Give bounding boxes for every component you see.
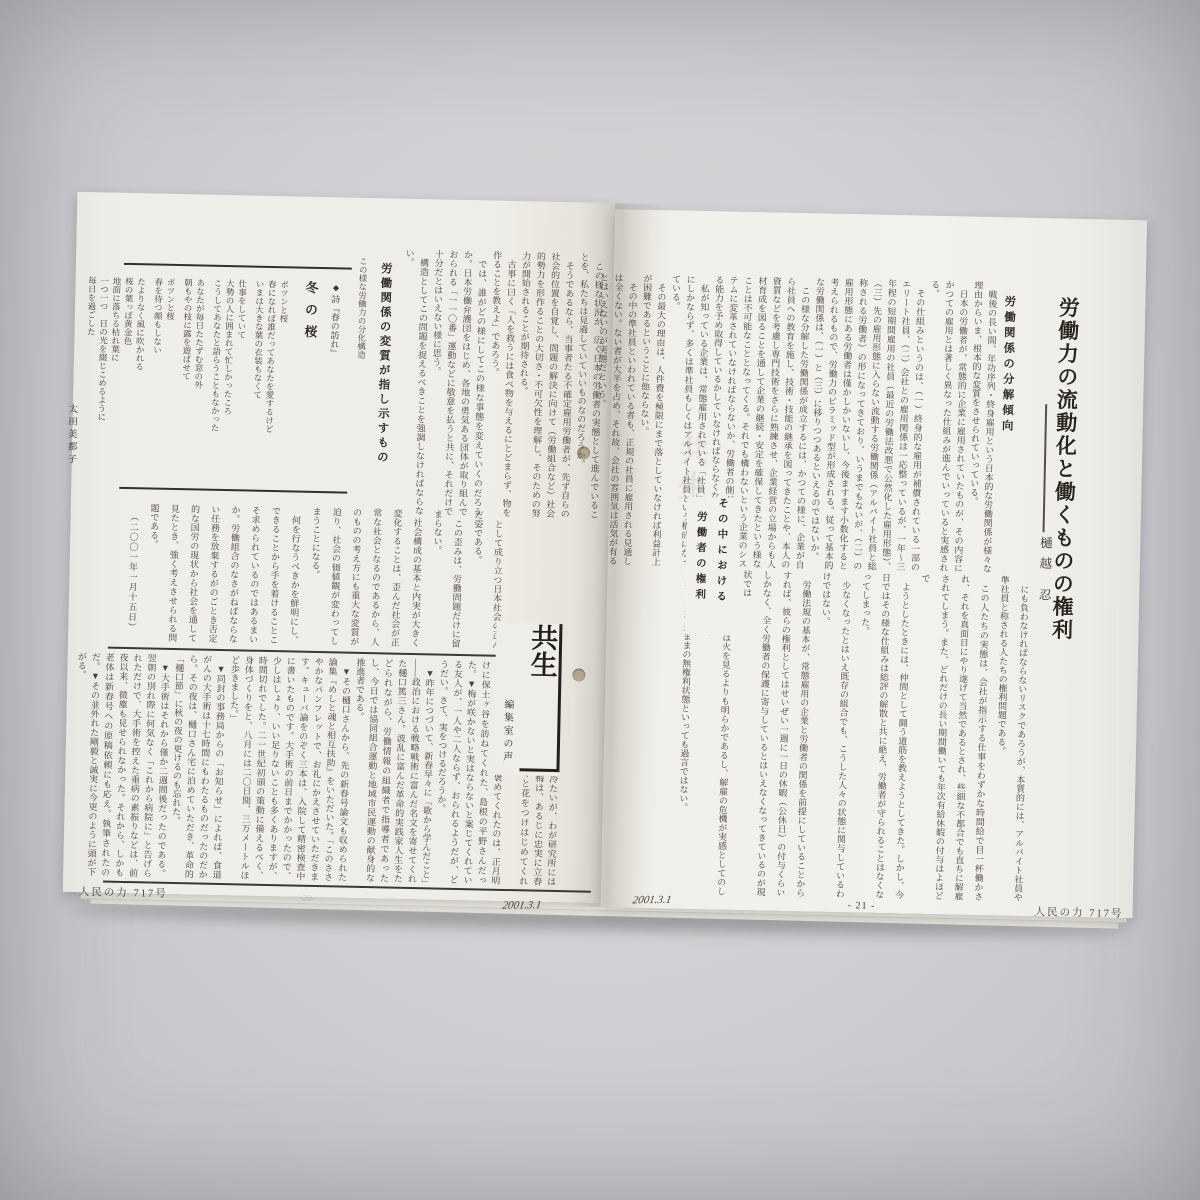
poem-stanza: あなたが毎日たたずむ窓の外 朝もやの枝に露を遊ばせて bbox=[178, 278, 207, 476]
right-footer-date: 2001.3.1 bbox=[632, 894, 673, 906]
paragraph: 少なくなったとはいえ既存の組合でも、こうした人々の状態に関与しているわけではない… bbox=[809, 571, 855, 898]
left-footer-page-number: -20- bbox=[300, 893, 315, 903]
paragraph: 労働法規の基本が、常態雇用の企業と労働者の関係を前提にしていることからすれば、彼… bbox=[730, 570, 816, 898]
paragraph: ▼大手術はそれから僅か二週間後だったのである。翌朝の別れ際に何気なく「これから病… bbox=[69, 652, 171, 878]
paragraph: 何を行なうべきかを鮮明にし、できることから手を着けることこそ求められているのでは… bbox=[142, 503, 307, 644]
emphasis-subnote: この様な労働力の分化構造 bbox=[350, 248, 369, 514]
paragraph: では、誰がどの様にしてこの様な事態を変えていくのだろうか。日本労働弁護団をはじめ… bbox=[426, 249, 490, 516]
paragraph: この様な状況が、広く日本の労働者の実態として進んでいることを、私たちは見過してい… bbox=[572, 252, 607, 519]
poem-series-title: 詩『春の訪れ』 bbox=[329, 294, 340, 357]
article-continuation: この様な状況が、広く日本の労働者の実態として進んでいることを、私たちは見過してい… bbox=[349, 248, 607, 519]
paragraph: 古事に曰く「人を救うには食べ物を与えるにとどまらず、物を作ることを教えよ」であろ… bbox=[484, 251, 519, 518]
poem-stanza: 仕事をしていて 大勢の人に囲まれて忙しかったころ こうしてあなたと語らうこともな… bbox=[208, 279, 249, 478]
editorial-masthead: 共生 編集室の声 bbox=[493, 623, 562, 776]
paragraph: ▼その樋口さんから、先の新春号論文も収められた論集『めしと魂と相互扶助』をいただ… bbox=[223, 655, 353, 882]
emphasis-heading: 労働関係の変質が指し示すもの bbox=[371, 248, 395, 514]
paragraph: そうであるなら、当事者たる不確定雇用労働者が、先ず自らの社会的位置を自覚し、問題… bbox=[513, 251, 577, 518]
article-body-bottom: にも負わなければならないリスクであろうが、本質的には、アルバイト社員や準社員と称… bbox=[615, 567, 1034, 902]
paragraph: ▼同封の事務局からの「お知らせ」によれば、食道がんの大手術は十七時間にもわたるも… bbox=[167, 654, 227, 879]
left-footer-journal: 人民の力 717号 bbox=[79, 884, 168, 901]
magazine-spread: 共生 労働力の流動化と働くものの権利 樋越 忍 労働関係の分解傾向 戦後の長い間… bbox=[63, 184, 1148, 922]
poem-title: 冬の桜 bbox=[297, 281, 320, 479]
article-date-line: （二〇〇一年一月十五日） bbox=[121, 503, 144, 641]
paragraph: 構造としてこの問題を捉えるべきことを強調しなければならない。 bbox=[397, 249, 432, 516]
article-closing: として成り立つ日本社会の歪んだ姿である。 この歪みは、労働問題だけに留まらない。… bbox=[108, 503, 509, 649]
right-footer-journal: 人民の力 717号 bbox=[1034, 904, 1123, 921]
photo-of-magazine-spread: 共生 労働力の流動化と働くものの権利 樋越 忍 労働関係の分解傾向 戦後の長い間… bbox=[0, 0, 1200, 1200]
paragraph: ▼昨年につづいて、新春早々に「歌から学んだこと」――政治における戦略戦術に富んだ… bbox=[348, 658, 436, 884]
poem-author: 太田美都子 bbox=[62, 276, 80, 474]
section-heading-2-line1: その中における bbox=[709, 497, 733, 635]
paragraph: この歪みは、労働問題だけに留まらない。 bbox=[425, 509, 468, 648]
right-footer-page-number: - 21 - bbox=[848, 900, 876, 912]
section-heading-1: 労働関係の分解傾向 bbox=[998, 295, 1017, 447]
section-heading-2: その中における 労働者の権利 bbox=[684, 497, 737, 636]
diamond-bullet-icon: ◆ bbox=[331, 283, 340, 292]
paragraph: その最大の理由は、人件費を極限にまで落としていなければ利益計上が困難であるという… bbox=[634, 274, 669, 567]
poem-stanza: ポツンと桜 春を待つ顔もしない bbox=[149, 277, 178, 475]
paragraph: ようとしたときには、仲間として闘う道筋を教えようとしてきた。しかし、今日ではその… bbox=[849, 572, 915, 899]
editorial-column-name: 編集室の声 bbox=[498, 623, 516, 775]
kyosei-logo: 共生 bbox=[519, 623, 562, 776]
kyosei-logo-text: 共生 bbox=[519, 623, 562, 772]
paragraph: 社会構成の基本と内実が大きく変化することは、歪んだ社会が正常な社会となるのである… bbox=[304, 507, 428, 648]
poem-stanza: たよりなく風に吹かれる 桜の葉っぱ黄金色 地面に落ちる枯れ葉に 一つ一つ 日の光… bbox=[82, 276, 148, 475]
article-body-top: 戦後の長い間、年功序列・終身雇用という日本的な労働関係が様々な理由からいま、根本… bbox=[622, 273, 1000, 573]
poem-box: ◆ 詩『春の訪れ』 冬の桜 ポツンと桜 春になれば誰だってあなたを愛するけど い… bbox=[119, 263, 352, 494]
paragraph: その仕組みというのは、（一）終身的な雇用が補償されている一部のエリート社員、（二… bbox=[807, 277, 928, 571]
poem-series-marker: ◆ 詩『春の訪れ』 bbox=[324, 281, 341, 479]
paragraph: 戦後の長い間、年功序列・終身雇用という日本的な労働関係が様々な理由からいま、根本… bbox=[965, 281, 1000, 574]
paragraph: この人たちの実態は、会社が指示する仕事をわずかな時間給で目一杯働かされ、それを真… bbox=[908, 573, 994, 901]
paragraph: 日本の労働者が、常態的に企業に雇用されていたものが、その内容にかつての雇用とは著… bbox=[922, 280, 971, 573]
left-footer-date: 2001.3.1 bbox=[502, 899, 543, 911]
paragraph: にも負わなければならないリスクであろうが、本質的には、アルバイト社員や準社員と称… bbox=[987, 575, 1033, 902]
poem-stanza: ポツンと桜 春になれば誰だってあなたを愛するけど いまは大きな葉の衣装もなくて bbox=[250, 280, 291, 479]
article-author: 樋越 忍 bbox=[1034, 536, 1054, 646]
section-heading-2-line2: 労働者の権利 bbox=[688, 497, 712, 635]
